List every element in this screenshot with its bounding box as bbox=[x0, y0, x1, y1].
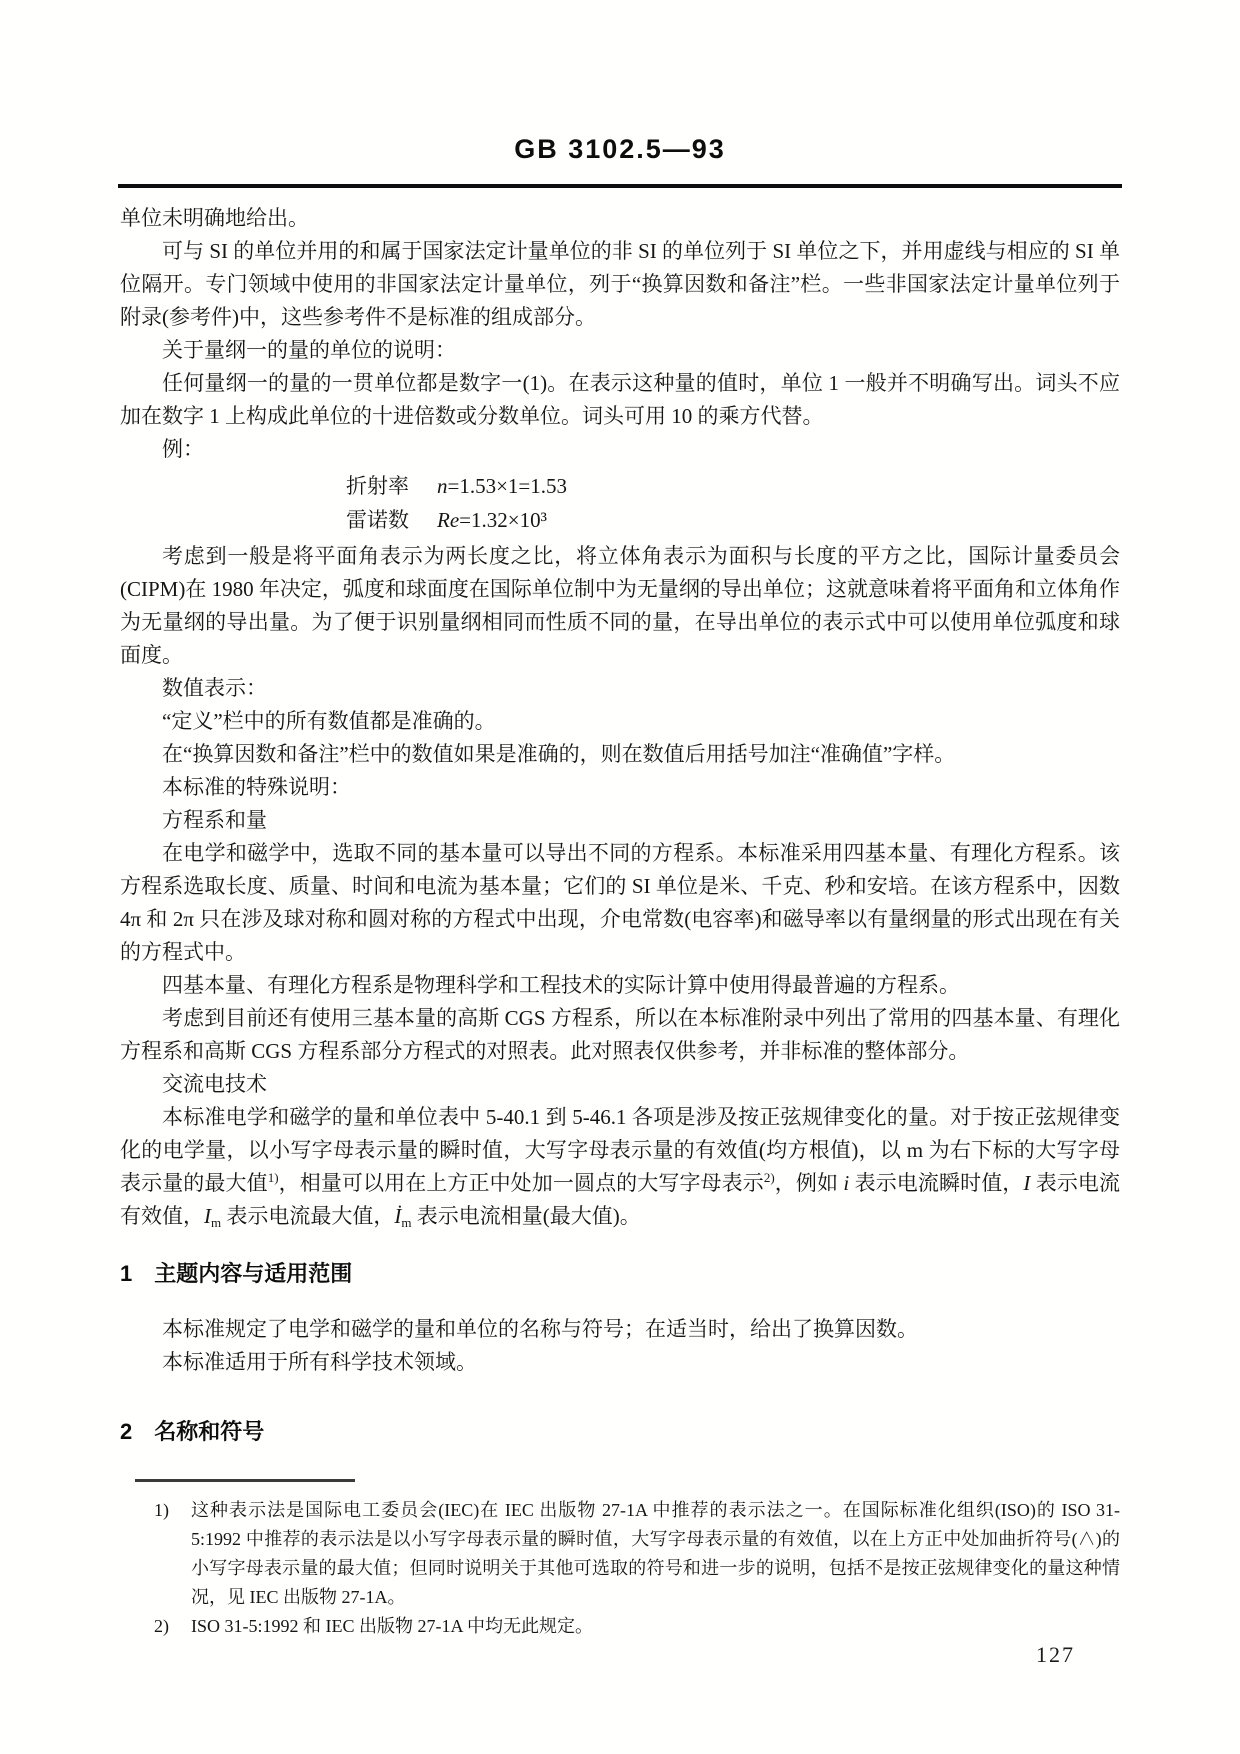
paragraph-ac-technology: 本标准电学和磁学的量和单位表中 5-40.1 到 5-46.1 各项是涉及按正弦… bbox=[120, 1101, 1120, 1233]
formula-value: =1.53×1=1.53 bbox=[448, 474, 568, 498]
footnote-number: 1) bbox=[154, 1496, 191, 1612]
document-page: GB 3102.5—93 单位未明确地给出。 可与 SI 的单位并用的和属于国家… bbox=[0, 0, 1240, 1754]
paragraph: 数值表示： bbox=[120, 672, 1120, 705]
paragraph: 可与 SI 的单位并用的和属于国家法定计量单位的非 SI 的单位列于 SI 单位… bbox=[120, 235, 1120, 334]
formula-reynolds-number: 雷诺数Re=1.32×10³ bbox=[120, 503, 1120, 537]
example-formulas: 折射率n=1.53×1=1.53 雷诺数Re=1.32×10³ bbox=[120, 469, 1120, 537]
paragraph: 本标准适用于所有科学技术领域。 bbox=[120, 1346, 1120, 1379]
example-intro: 例： bbox=[120, 433, 1120, 466]
doc-number: GB 3102.5—93 bbox=[0, 0, 1240, 164]
footnote-2: 2) ISO 31-5:1992 和 IEC 出版物 27-1A 中均无此规定。 bbox=[120, 1612, 1120, 1641]
paragraph: 在电学和磁学中，选取不同的基本量可以导出不同的方程系。本标准采用四基本量、有理化… bbox=[120, 837, 1120, 969]
section-heading-1: 1主题内容与适用范围 bbox=[120, 1259, 1120, 1289]
footnote-text: ISO 31-5:1992 和 IEC 出版物 27-1A 中均无此规定。 bbox=[191, 1612, 1120, 1641]
paragraph: 方程系和量 bbox=[120, 804, 1120, 837]
paragraph: 本标准规定了电学和磁学的量和单位的名称与符号；在适当时，给出了换算因数。 bbox=[120, 1313, 1120, 1346]
section-number: 2 bbox=[120, 1419, 132, 1444]
formula-variable: n bbox=[437, 474, 448, 498]
paragraph: 单位未明确地给出。 bbox=[120, 202, 1120, 235]
formula-value: =1.32×10³ bbox=[459, 508, 547, 532]
section-title: 主题内容与适用范围 bbox=[154, 1261, 352, 1286]
footnote-number: 2) bbox=[154, 1612, 191, 1641]
paragraph: 任何量纲一的量的一贯单位都是数字一(1)。在表示这种量的值时，单位 1 一般并不… bbox=[120, 367, 1120, 433]
footnotes: 1) 这种表示法是国际电工委员会(IEC)在 IEC 出版物 27-1A 中推荐… bbox=[120, 1496, 1120, 1641]
footnote-separator bbox=[135, 1479, 355, 1482]
paragraph: “定义”栏中的所有数值都是准确的。 bbox=[120, 705, 1120, 738]
footnote-1: 1) 这种表示法是国际电工委员会(IEC)在 IEC 出版物 27-1A 中推荐… bbox=[120, 1496, 1120, 1612]
paragraph: 四基本量、有理化方程系是物理科学和工程技术的实际计算中使用得最普遍的方程系。 bbox=[120, 969, 1120, 1002]
formula-label: 雷诺数 bbox=[346, 508, 409, 532]
formula-label: 折射率 bbox=[346, 474, 409, 498]
formula-variable: Re bbox=[437, 508, 459, 532]
page-number: 127 bbox=[1036, 1642, 1075, 1668]
paragraph: 在“换算因数和备注”栏中的数值如果是准确的，则在数值后用括号加注“准确值”字样。 bbox=[120, 738, 1120, 771]
paragraph: 本标准的特殊说明： bbox=[120, 771, 1120, 804]
header-rule bbox=[118, 184, 1122, 188]
formula-refractive-index: 折射率n=1.53×1=1.53 bbox=[120, 469, 1120, 503]
body-text: 单位未明确地给出。 可与 SI 的单位并用的和属于国家法定计量单位的非 SI 的… bbox=[120, 202, 1120, 1447]
section-heading-2: 2名称和符号 bbox=[120, 1417, 1120, 1447]
section-title: 名称和符号 bbox=[154, 1419, 264, 1444]
paragraph: 交流电技术 bbox=[120, 1068, 1120, 1101]
footnote-text: 这种表示法是国际电工委员会(IEC)在 IEC 出版物 27-1A 中推荐的表示… bbox=[191, 1496, 1120, 1612]
paragraph: 考虑到目前还有使用三基本量的高斯 CGS 方程系，所以在本标准附录中列出了常用的… bbox=[120, 1002, 1120, 1068]
section-number: 1 bbox=[120, 1261, 132, 1286]
paragraph: 关于量纲一的量的单位的说明： bbox=[120, 334, 1120, 367]
paragraph: 考虑到一般是将平面角表示为两长度之比，将立体角表示为面积与长度的平方之比，国际计… bbox=[120, 540, 1120, 672]
